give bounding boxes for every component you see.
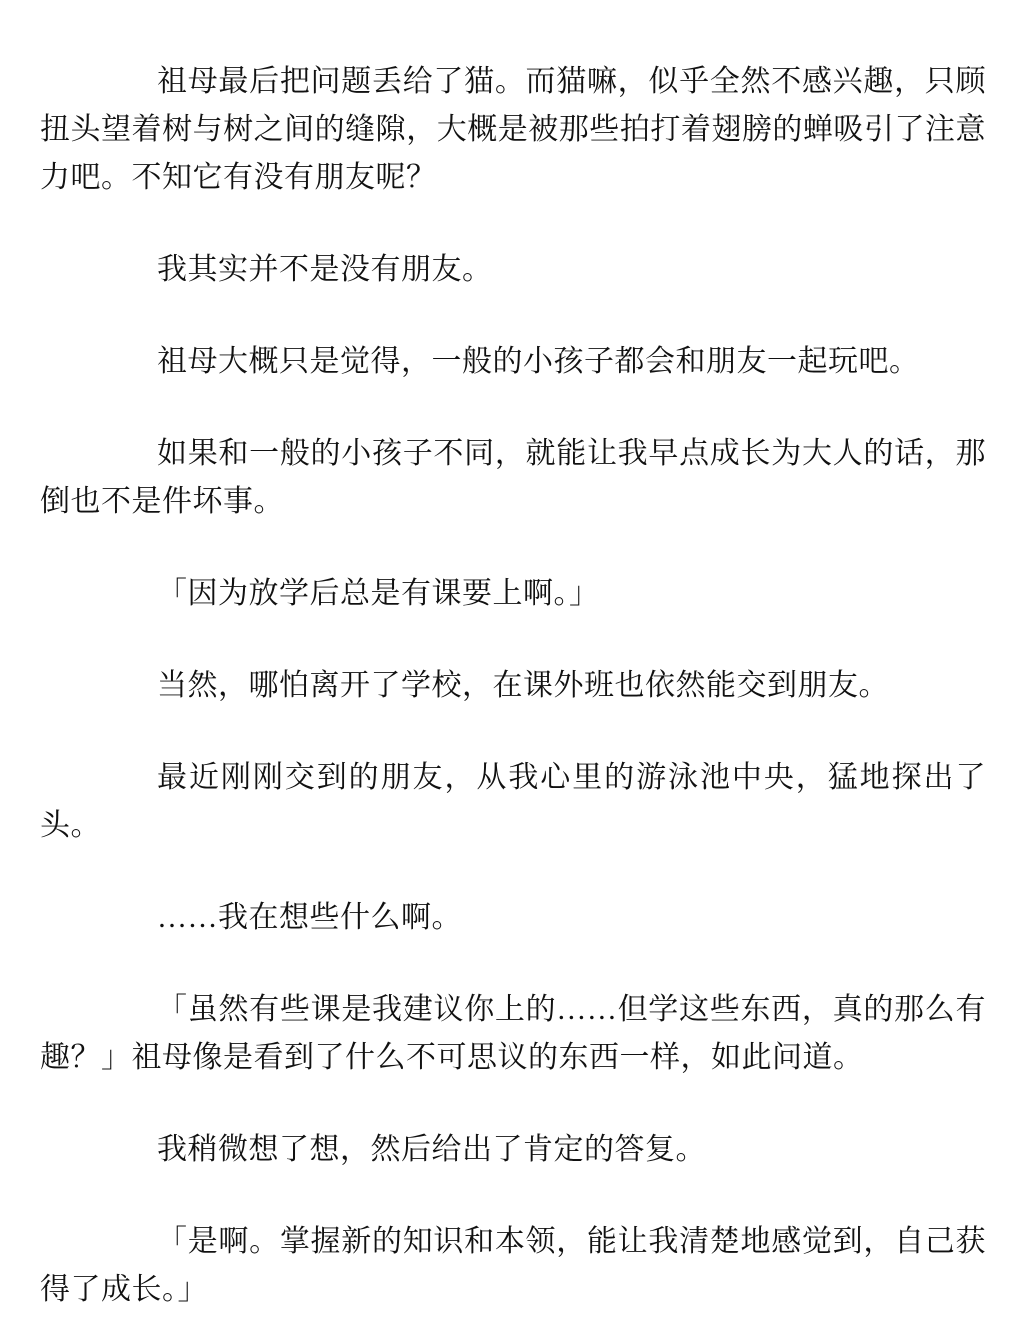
paragraph-dialogue: 「是啊。掌握新的知识和本领，能让我清楚地感觉到，自己获得了成长。」	[40, 1218, 986, 1314]
paragraph: 我其实并不是没有朋友。	[40, 246, 986, 294]
paragraph-dialogue: 「因为放学后总是有课要上啊。」	[40, 570, 986, 618]
paragraph: 当然，哪怕离开了学校，在课外班也依然能交到朋友。	[40, 662, 986, 710]
paragraph: 我稍微想了想，然后给出了肯定的答复。	[40, 1126, 986, 1174]
paragraph: ……我在想些什么啊。	[40, 894, 986, 942]
document-page: 祖母最后把问题丢给了猫。而猫嘛，似乎全然不感兴趣，只顾扭头望着树与树之间的缝隙，…	[0, 0, 1020, 1320]
paragraph: 如果和一般的小孩子不同，就能让我早点成长为大人的话，那倒也不是件坏事。	[40, 430, 986, 526]
paragraph: 祖母最后把问题丢给了猫。而猫嘛，似乎全然不感兴趣，只顾扭头望着树与树之间的缝隙，…	[40, 58, 986, 202]
paragraph-dialogue: 「虽然有些课是我建议你上的……但学这些东西，真的那么有趣？」祖母像是看到了什么不…	[40, 986, 986, 1082]
paragraph: 祖母大概只是觉得，一般的小孩子都会和朋友一起玩吧。	[40, 338, 986, 386]
paragraph: 最近刚刚交到的朋友，从我心里的游泳池中央，猛地探出了头。	[40, 754, 986, 850]
